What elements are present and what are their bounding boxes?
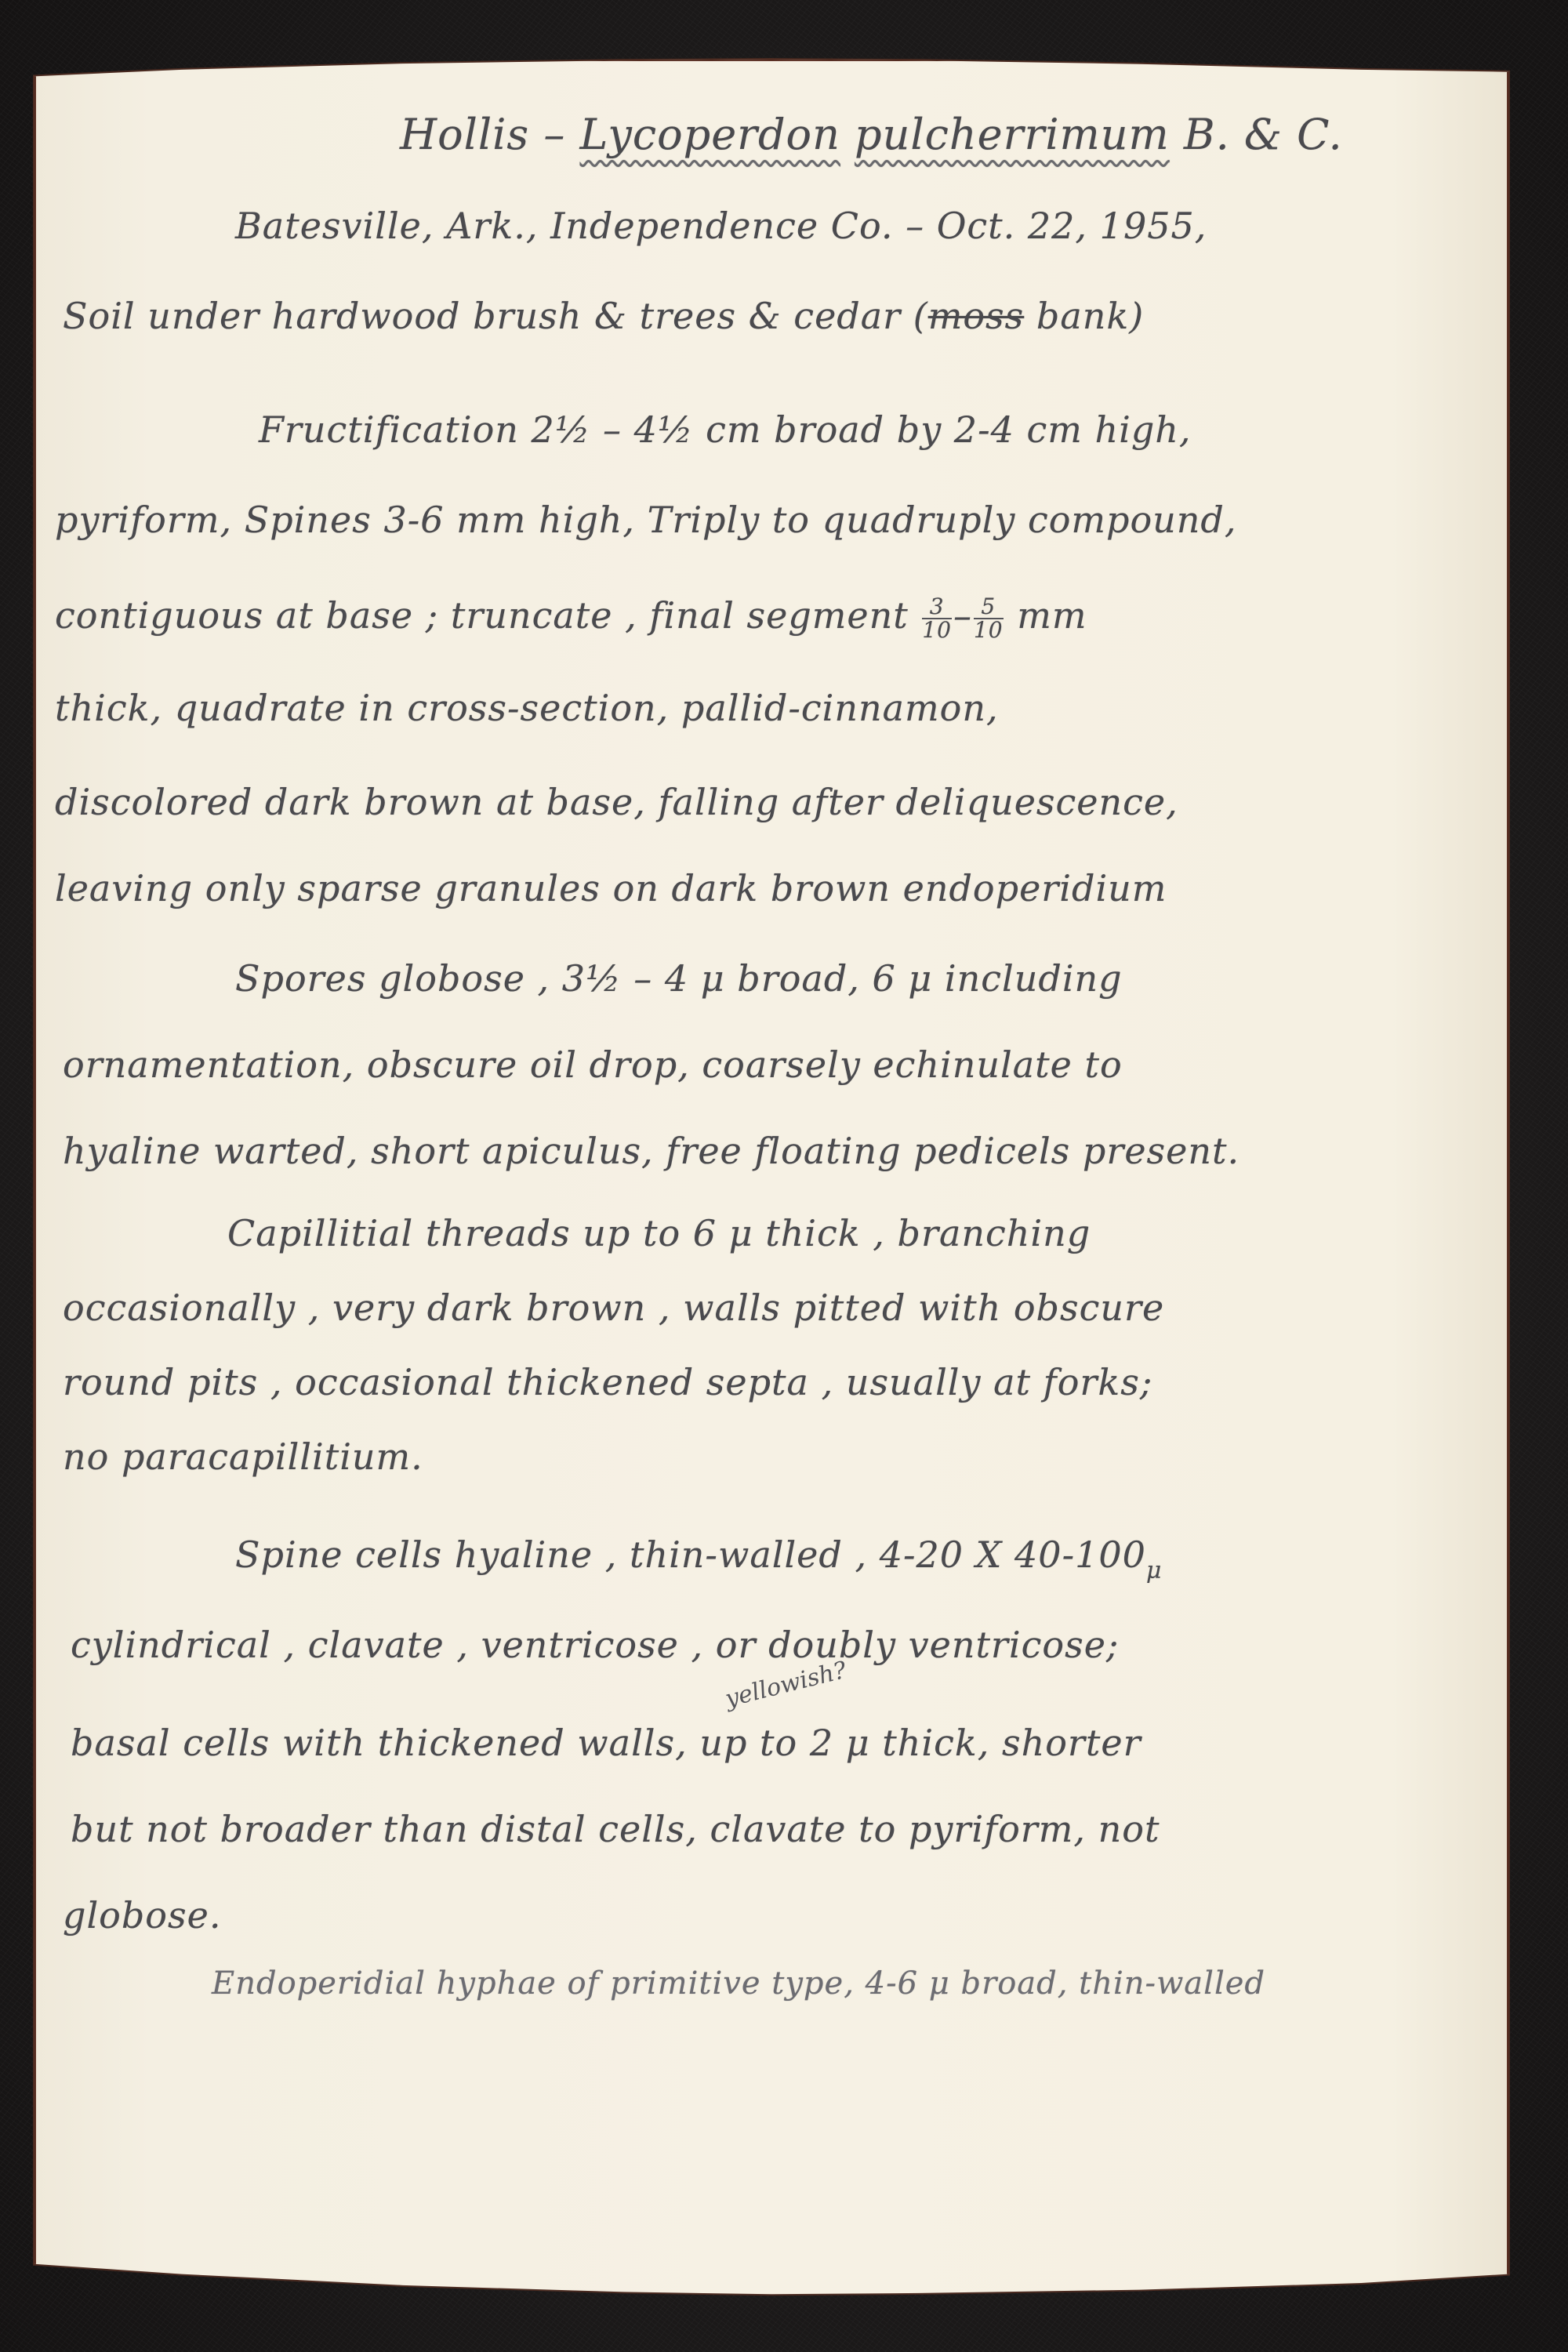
- fructification-line-3: contiguous at base ; truncate , final se…: [55, 596, 1087, 641]
- spine-cells-line-2: cylindrical , clavate , ventricose , or …: [71, 1627, 1119, 1663]
- fraction-numerator: 3: [922, 596, 952, 618]
- spine-cells-line-5: globose.: [63, 1897, 221, 1933]
- fructification-line-3-text: contiguous at base ; truncate , final se…: [55, 594, 909, 637]
- fraction-lower: 310: [922, 596, 952, 641]
- capillitium-line-1: Capillitial threads up to 6 μ thick , br…: [227, 1215, 1091, 1251]
- spine-cells-line-3: basal cells with thickened walls, up to …: [71, 1725, 1142, 1761]
- fructification-line-1: Fructification 2½ – 4½ cm broad by 2-4 c…: [259, 412, 1192, 448]
- endoperidium-line: Endoperidial hyphae of primitive type, 4…: [212, 1968, 1265, 1999]
- fructification-line-6: leaving only sparse granules on dark bro…: [55, 870, 1167, 906]
- fructification-line-5: discolored dark brown at base, falling a…: [55, 784, 1178, 820]
- fraction-separator: –: [953, 594, 972, 637]
- spores-line-2: ornamentation, obscure oil drop, coarsel…: [63, 1047, 1123, 1083]
- struck-word: moss: [928, 295, 1025, 337]
- spores-line-1: Spores globose , 3½ – 4 μ broad, 6 μ inc…: [235, 960, 1123, 996]
- spores-line-3: hyaline warted, short apiculus, free flo…: [63, 1133, 1240, 1169]
- species-name: pulcherrimum: [855, 110, 1170, 159]
- unit-mm: mm: [1017, 594, 1087, 637]
- title-line: Hollis – Lycoperdon pulcherrimum B. & C.: [400, 110, 1343, 159]
- fraction-denominator: 10: [974, 618, 1004, 641]
- unit-micron: μ: [1146, 1557, 1163, 1584]
- fraction-upper: 510: [974, 596, 1004, 641]
- spine-cells-line-4: but not broader than distal cells, clava…: [71, 1811, 1160, 1847]
- title-separator: –: [543, 110, 565, 159]
- genus-name: Lycoperdon: [579, 110, 840, 159]
- authority: B. & C.: [1184, 110, 1343, 159]
- habitat-text-end: bank): [1024, 295, 1144, 337]
- spine-cells-line-1: Spine cells hyaline , thin-walled , 4-20…: [235, 1537, 1162, 1573]
- locality-line-2: Soil under hardwood brush & trees & ceda…: [63, 298, 1144, 334]
- paper-sheet: [34, 60, 1508, 2299]
- capillitium-line-3: round pits , occasional thickened septa …: [63, 1364, 1152, 1400]
- fructification-line-4: thick, quadrate in cross-section, pallid…: [55, 690, 999, 726]
- collector-name: Hollis: [400, 110, 529, 159]
- fraction-denominator: 10: [922, 618, 952, 641]
- capillitium-line-4: no paracapillitium.: [63, 1439, 423, 1475]
- spine-cells-line-1-text: Spine cells hyaline , thin-walled , 4-20…: [235, 1534, 1146, 1576]
- habitat-text: Soil under hardwood brush & trees & ceda…: [63, 295, 928, 337]
- capillitium-line-2: occasionally , very dark brown , walls p…: [63, 1290, 1164, 1326]
- fructification-line-2: pyriform, Spines 3-6 mm high, Triply to …: [55, 502, 1236, 538]
- locality-line-1: Batesville, Ark., Independence Co. – Oct…: [235, 208, 1207, 244]
- fraction-numerator: 5: [974, 596, 1004, 618]
